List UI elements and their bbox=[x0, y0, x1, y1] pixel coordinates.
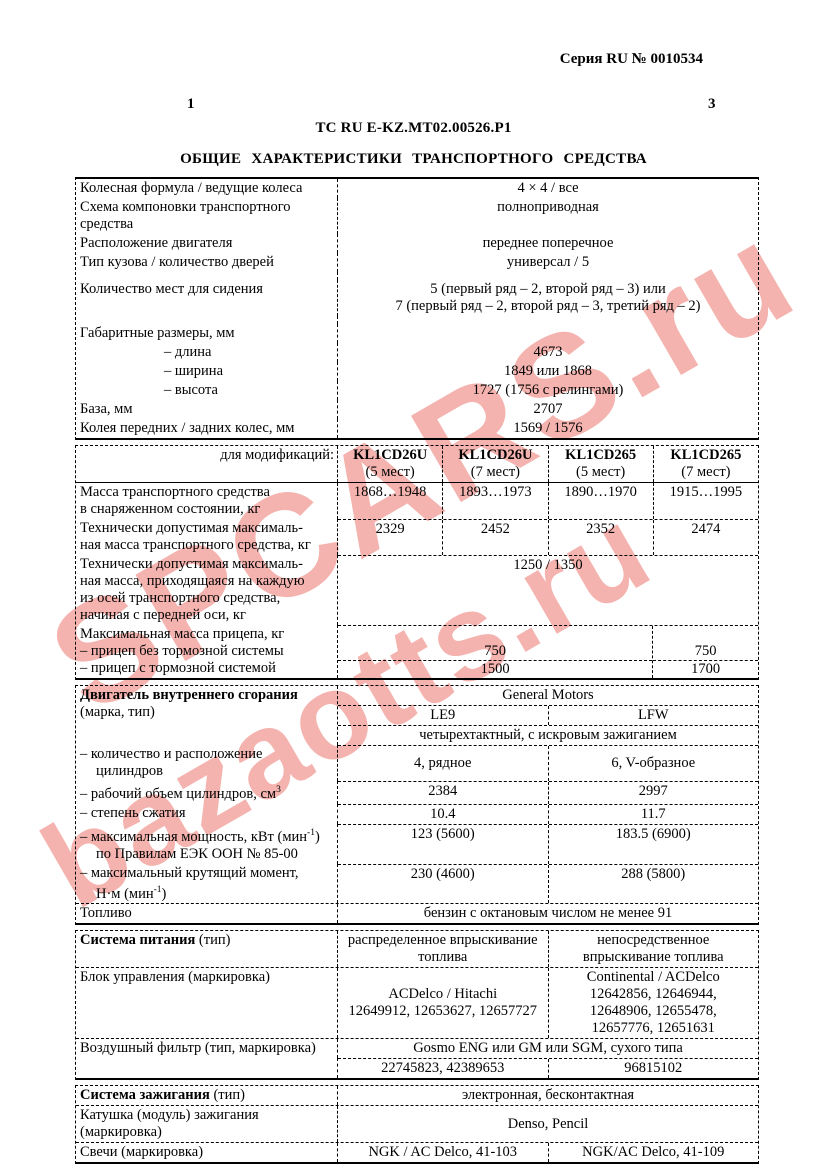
fuel-system-title-normal: (тип) bbox=[195, 932, 230, 948]
axle-mass-label-line2: ная масса, приходящаяся на каждую bbox=[80, 573, 334, 590]
ignition-type-value: электронная, бесконтактная bbox=[338, 1086, 758, 1105]
modification-name: KL1CD265 bbox=[656, 447, 756, 464]
row-wheel-formula: Колесная формула / ведущие колеса 4 × 4 … bbox=[76, 179, 758, 198]
displacement-label-text: – рабочий объем цилиндров, см bbox=[80, 786, 276, 802]
modification-seats: (7 мест) bbox=[656, 464, 756, 481]
seats-value: 5 (первый ряд – 2, второй ряд – 3) или 7… bbox=[338, 280, 758, 316]
modifications-table: для модификаций: KL1CD26U (5 мест) KL1CD… bbox=[75, 445, 759, 680]
layout-value: полноприводная bbox=[338, 198, 758, 234]
row-torque: – максимальный крутящий момент, Н·м (мин… bbox=[76, 864, 758, 904]
row-track: Колея передних / задних колес, мм 1569 /… bbox=[76, 419, 758, 438]
max-mass-label-line1: Технически допустимая максималь- bbox=[80, 520, 334, 537]
power-label-close: ) bbox=[315, 829, 320, 845]
compression-label: – степень сжатия bbox=[76, 804, 338, 824]
axle-mass-value: 1250 / 1350 bbox=[338, 555, 758, 625]
fuel-value: бензин с октановым числом не менее 91 bbox=[338, 904, 758, 923]
max-mass-value: 2452 bbox=[442, 520, 547, 555]
general-table: Колесная формула / ведущие колеса 4 × 4 … bbox=[75, 177, 759, 440]
seats-value-line2: 7 (первый ряд – 2, второй ряд – 3, трети… bbox=[338, 298, 758, 315]
trailer-mass-label: Максимальная масса прицепа, кг – прицеп … bbox=[76, 625, 338, 678]
length-label: – длина bbox=[76, 343, 338, 362]
modification-name: KL1CD265 bbox=[551, 447, 651, 464]
row-ecu: Блок управления (маркировка) ACDelco / H… bbox=[76, 967, 758, 1038]
spacer bbox=[653, 626, 758, 643]
spacer bbox=[338, 324, 758, 343]
approval-number: ТС RU E-KZ.MT02.00526.P1 bbox=[0, 120, 827, 137]
ecu-right-line2: 12642856, 12646944, bbox=[551, 986, 757, 1003]
axle-mass-label-line3: из осей транспортного средства, bbox=[80, 590, 334, 607]
engine-title-values: General Motors LE9 LFW четырехтактный, с… bbox=[338, 686, 758, 745]
spacer-row bbox=[76, 316, 758, 324]
height-label: – высота bbox=[76, 381, 338, 400]
engine-title-normal: (марка, тип) bbox=[80, 704, 334, 721]
coil-value: Denso, Pencil bbox=[338, 1106, 758, 1142]
torque-label-line1: – максимальный крутящий момент, bbox=[80, 865, 334, 882]
ecu-left-line2: 12649912, 12653627, 12657727 bbox=[340, 1003, 546, 1020]
fuel-label: Топливо bbox=[76, 904, 338, 923]
torque-label-line2: Н·м (мин-1) bbox=[80, 882, 334, 903]
row-body-type: Тип кузова / количество дверей универсал… bbox=[76, 253, 758, 272]
ignition-title-bold: Система зажигания bbox=[80, 1087, 210, 1103]
modification-column-1: KL1CD26U (5 мест) bbox=[338, 446, 442, 482]
modification-name: KL1CD26U bbox=[340, 447, 440, 464]
modification-columns: KL1CD26U (5 мест) KL1CD26U (7 мест) KL1C… bbox=[338, 446, 758, 482]
power-value-left: 123 (5600) bbox=[338, 825, 548, 864]
spark-plugs-value-right: NGK/AC Delco, 41-109 bbox=[548, 1143, 759, 1162]
torque-values: 230 (4600) 288 (5800) bbox=[338, 864, 758, 904]
row-layout: Схема компоновки транспортного средства … bbox=[76, 198, 758, 234]
axle-mass-label: Технически допустимая максималь- ная мас… bbox=[76, 555, 338, 625]
displacement-value-right: 2997 bbox=[548, 782, 759, 804]
ecu-value-left: ACDelco / Hitachi 12649912, 12653627, 12… bbox=[338, 968, 548, 1038]
width-value: 1849 или 1868 bbox=[338, 362, 758, 381]
row-cylinders: – количество и расположение цилиндров 4,… bbox=[76, 745, 758, 781]
fuel-system-type-right-line2: впрыскивание топлива bbox=[551, 949, 757, 966]
series-number: Серия RU № 0010534 bbox=[560, 51, 703, 68]
row-max-mass: Технически допустимая максималь- ная мас… bbox=[76, 519, 758, 555]
power-value-right: 183.5 (6900) bbox=[548, 825, 759, 864]
curb-mass-value: 1915…1995 bbox=[653, 483, 758, 519]
max-mass-value: 2352 bbox=[548, 520, 653, 555]
fuel-system-type-right: непосредственное впрыскивание топлива bbox=[548, 931, 759, 967]
modification-seats: (7 мест) bbox=[445, 464, 545, 481]
modifications-header-row: для модификаций: KL1CD26U (5 мест) KL1CD… bbox=[76, 446, 758, 483]
curb-mass-value: 1868…1948 bbox=[338, 483, 442, 519]
row-wheelbase: База, мм 2707 bbox=[76, 400, 758, 419]
ecu-label: Блок управления (маркировка) bbox=[76, 968, 338, 1038]
fuel-system-type-right-line1: непосредственное bbox=[551, 932, 757, 949]
air-filter-code-right: 96815102 bbox=[548, 1059, 759, 1078]
layout-label-line2: средства bbox=[80, 216, 334, 233]
power-label: – максимальная мощность, кВт (мин-1) по … bbox=[76, 824, 338, 864]
engine-title-bold: Двигатель внутреннего сгорания bbox=[80, 687, 334, 704]
wheelbase-value: 2707 bbox=[338, 400, 758, 419]
trailer-values-right: 750 1700 bbox=[653, 626, 758, 678]
air-filter-codes: 22745823, 42389653 96815102 bbox=[338, 1058, 758, 1078]
fuel-system-type-left-line2: топлива bbox=[340, 949, 546, 966]
modifications-header-label: для модификаций: bbox=[76, 446, 338, 482]
ignition-title-normal: (тип) bbox=[210, 1087, 245, 1103]
cylinders-label: – количество и расположение цилиндров bbox=[76, 745, 338, 781]
modification-name: KL1CD26U bbox=[445, 447, 545, 464]
torque-label-text: Н·м (мин bbox=[96, 885, 154, 901]
layout-label: Схема компоновки транспортного средства bbox=[76, 198, 338, 234]
row-dimensions: Габаритные размеры, мм bbox=[76, 324, 758, 343]
spark-plugs-value-left: NGK / AC Delco, 41-103 bbox=[338, 1143, 548, 1162]
spacer bbox=[338, 626, 652, 643]
engine-model-left: LE9 bbox=[338, 706, 548, 725]
body-type-value: универсал / 5 bbox=[338, 253, 758, 272]
engine-type: четырехтактный, с искровым зажиганием bbox=[338, 725, 758, 745]
ignition-table: Система зажигания (тип) электронная, бес… bbox=[75, 1085, 759, 1164]
page-number-left: 1 bbox=[187, 96, 195, 113]
ecu-right-line3: 12648906, 12655478, bbox=[551, 1003, 757, 1020]
cylinders-value-left: 4, рядное bbox=[338, 746, 548, 781]
curb-mass-value: 1893…1973 bbox=[442, 483, 547, 519]
cylinders-values: 4, рядное 6, V-образное bbox=[338, 745, 758, 781]
displacement-label-sup: 3 bbox=[276, 785, 281, 795]
power-values: 123 (5600) 183.5 (6900) bbox=[338, 824, 758, 864]
displacement-values: 2384 2997 bbox=[338, 781, 758, 804]
row-ignition-type: Система зажигания (тип) электронная, бес… bbox=[76, 1086, 758, 1105]
fuel-system-table: Система питания (тип) распределенное впр… bbox=[75, 930, 759, 1080]
row-curb-mass: Масса транспортного средства в снаряженн… bbox=[76, 483, 758, 519]
max-mass-label: Технически допустимая максималь- ная мас… bbox=[76, 519, 338, 555]
document-body: Колесная формула / ведущие колеса 4 × 4 … bbox=[75, 177, 759, 1169]
displacement-label: – рабочий объем цилиндров, см3 bbox=[76, 781, 338, 804]
row-air-filter: Воздушный фильтр (тип, маркировка) Gosmo… bbox=[76, 1038, 758, 1058]
modification-column-2: KL1CD26U (7 мест) bbox=[442, 446, 547, 482]
fuel-system-type-values: распределенное впрыскивание топлива непо… bbox=[338, 931, 758, 967]
row-engine-title: Двигатель внутреннего сгорания (марка, т… bbox=[76, 686, 758, 745]
curb-mass-values: 1868…1948 1893…1973 1890…1970 1915…1995 bbox=[338, 483, 758, 519]
cylinders-label-line2: цилиндров bbox=[80, 763, 334, 780]
row-power: – максимальная мощность, кВт (мин-1) по … bbox=[76, 824, 758, 864]
trailer-mass-values: 750 1500 750 1700 bbox=[338, 625, 758, 678]
trailer-braked-label: – прицеп с тормозной системой bbox=[80, 660, 334, 677]
torque-value-left: 230 (4600) bbox=[338, 865, 548, 904]
trailer-label: Максимальная масса прицепа, кг bbox=[80, 626, 334, 643]
max-mass-value: 2329 bbox=[338, 520, 442, 555]
fuel-system-type-left-line1: распределенное впрыскивание bbox=[340, 932, 546, 949]
wheel-formula-value: 4 × 4 / все bbox=[338, 179, 758, 198]
max-mass-label-line2: ная масса транспортного средства, кг bbox=[80, 537, 334, 554]
trailer-braked-value-right: 1700 bbox=[653, 660, 758, 677]
ignition-label: Система зажигания (тип) bbox=[76, 1086, 338, 1105]
displacement-value-left: 2384 bbox=[338, 782, 548, 804]
length-value: 4673 bbox=[338, 343, 758, 362]
air-filter-label: Воздушный фильтр (тип, маркировка) bbox=[76, 1039, 338, 1058]
document-page: Серия RU № 0010534 1 3 ТС RU E-KZ.MT02.0… bbox=[0, 0, 827, 1170]
power-label-line1: – максимальная мощность, кВт (мин-1) bbox=[80, 825, 334, 846]
spacer bbox=[76, 272, 338, 280]
row-trailer-mass: Максимальная масса прицепа, кг – прицеп … bbox=[76, 625, 758, 678]
row-length: – длина 4673 bbox=[76, 343, 758, 362]
wheel-formula-label: Колесная формула / ведущие колеса bbox=[76, 179, 338, 198]
trailer-unbraked-value-right: 750 bbox=[653, 643, 758, 660]
row-seats: Количество мест для сидения 5 (первый ря… bbox=[76, 280, 758, 316]
fuel-system-type-left: распределенное впрыскивание топлива bbox=[338, 931, 548, 967]
engine-title-label: Двигатель внутреннего сгорания (марка, т… bbox=[76, 686, 338, 745]
height-value: 1727 (1756 с релингами) bbox=[338, 381, 758, 400]
axle-mass-label-line4: начиная с передней оси, кг bbox=[80, 607, 334, 624]
trailer-unbraked-label: – прицеп без тормозной системы bbox=[80, 643, 334, 660]
page-number-right: 3 bbox=[708, 96, 716, 113]
curb-mass-value: 1890…1970 bbox=[548, 483, 653, 519]
compression-value-right: 11.7 bbox=[548, 805, 759, 824]
row-spark-plugs: Свечи (маркировка) NGK / AC Delco, 41-10… bbox=[76, 1142, 758, 1162]
seats-value-line1: 5 (первый ряд – 2, второй ряд – 3) или bbox=[338, 281, 758, 298]
modification-column-4: KL1CD265 (7 мест) bbox=[653, 446, 758, 482]
engine-table: Двигатель внутреннего сгорания (марка, т… bbox=[75, 685, 759, 925]
coil-label: Катушка (модуль) зажигания (маркировка) bbox=[76, 1106, 338, 1142]
curb-mass-label: Масса транспортного средства в снаряженн… bbox=[76, 483, 338, 519]
fuel-system-label: Система питания (тип) bbox=[76, 931, 338, 967]
row-compression: – степень сжатия 10.4 11.7 bbox=[76, 804, 758, 824]
spark-plugs-label: Свечи (маркировка) bbox=[76, 1143, 338, 1162]
track-label: Колея передних / задних колес, мм bbox=[76, 419, 338, 438]
row-height: – высота 1727 (1756 с релингами) bbox=[76, 381, 758, 400]
ecu-right-line4: 12657776, 12651631 bbox=[551, 1020, 757, 1037]
ecu-value-right: Continental / ACDelco 12642856, 12646944… bbox=[548, 968, 759, 1038]
ecu-values: ACDelco / Hitachi 12649912, 12653627, 12… bbox=[338, 968, 758, 1038]
curb-mass-label-line1: Масса транспортного средства bbox=[80, 484, 334, 501]
modification-column-3: KL1CD265 (5 мест) bbox=[548, 446, 653, 482]
air-filter-code-left: 22745823, 42389653 bbox=[338, 1059, 548, 1078]
page-title: ОБЩИЕ ХАРАКТЕРИСТИКИ ТРАНСПОРТНОГО СРЕДС… bbox=[0, 151, 827, 168]
max-mass-value: 2474 bbox=[653, 520, 758, 555]
row-width: – ширина 1849 или 1868 bbox=[76, 362, 758, 381]
trailer-values-left: 750 1500 bbox=[338, 626, 653, 678]
torque-label: – максимальный крутящий момент, Н·м (мин… bbox=[76, 864, 338, 904]
row-air-filter-codes: 22745823, 42389653 96815102 bbox=[76, 1058, 758, 1078]
power-label-line2: по Правилам ЕЭК ООН № 85-00 bbox=[80, 846, 334, 863]
engine-models: LE9 LFW bbox=[338, 705, 758, 725]
width-label: – ширина bbox=[76, 362, 338, 381]
engine-model-right: LFW bbox=[548, 706, 759, 725]
coil-label-line2: (маркировка) bbox=[80, 1124, 334, 1141]
curb-mass-label-line2: в снаряженном состоянии, кг bbox=[80, 501, 334, 518]
spacer bbox=[338, 316, 758, 324]
spark-plugs-values: NGK / AC Delco, 41-103 NGK/AC Delco, 41-… bbox=[338, 1143, 758, 1162]
spacer bbox=[76, 316, 338, 324]
max-mass-values: 2329 2452 2352 2474 bbox=[338, 519, 758, 555]
spacer bbox=[338, 272, 758, 280]
row-fuel: Топливо бензин с октановым числом не мен… bbox=[76, 903, 758, 923]
cylinders-value-right: 6, V-образное bbox=[548, 746, 759, 781]
trailer-unbraked-value-left: 750 bbox=[338, 643, 652, 660]
row-coil: Катушка (модуль) зажигания (маркировка) … bbox=[76, 1105, 758, 1142]
row-displacement: – рабочий объем цилиндров, см3 2384 2997 bbox=[76, 781, 758, 804]
coil-label-line1: Катушка (модуль) зажигания bbox=[80, 1107, 334, 1124]
track-value: 1569 / 1576 bbox=[338, 419, 758, 438]
compression-value-left: 10.4 bbox=[338, 805, 548, 824]
dimensions-label: Габаритные размеры, мм bbox=[76, 324, 338, 343]
torque-label-sup: -1 bbox=[154, 885, 162, 895]
row-engine-location: Расположение двигателя переднее поперечн… bbox=[76, 234, 758, 253]
fuel-system-title-bold: Система питания bbox=[80, 932, 195, 948]
power-label-sup: -1 bbox=[307, 828, 315, 838]
axle-mass-label-line1: Технически допустимая максималь- bbox=[80, 556, 334, 573]
engine-location-value: переднее поперечное bbox=[338, 234, 758, 253]
trailer-braked-value-left: 1500 bbox=[338, 660, 652, 677]
engine-manufacturer: General Motors bbox=[338, 686, 758, 705]
spacer-row bbox=[76, 272, 758, 280]
row-axle-mass: Технически допустимая максималь- ная мас… bbox=[76, 555, 758, 625]
cylinders-label-line1: – количество и расположение bbox=[80, 746, 334, 763]
seats-label: Количество мест для сидения bbox=[76, 280, 338, 316]
compression-values: 10.4 11.7 bbox=[338, 804, 758, 824]
modification-seats: (5 мест) bbox=[551, 464, 651, 481]
torque-value-right: 288 (5800) bbox=[548, 865, 759, 904]
ecu-left-line1: ACDelco / Hitachi bbox=[340, 986, 546, 1003]
ecu-right-line1: Continental / ACDelco bbox=[551, 969, 757, 986]
spacer bbox=[76, 1058, 338, 1078]
air-filter-value: Gosmo ENG или GM или SGM, сухого типа bbox=[338, 1039, 758, 1058]
torque-label-close: ) bbox=[162, 885, 167, 901]
engine-location-label: Расположение двигателя bbox=[76, 234, 338, 253]
layout-label-line1: Схема компоновки транспортного bbox=[80, 199, 334, 216]
body-type-label: Тип кузова / количество дверей bbox=[76, 253, 338, 272]
modification-seats: (5 мест) bbox=[340, 464, 440, 481]
power-label-text: – максимальная мощность, кВт (мин bbox=[80, 829, 307, 845]
row-fuel-system-type: Система питания (тип) распределенное впр… bbox=[76, 931, 758, 967]
wheelbase-label: База, мм bbox=[76, 400, 338, 419]
